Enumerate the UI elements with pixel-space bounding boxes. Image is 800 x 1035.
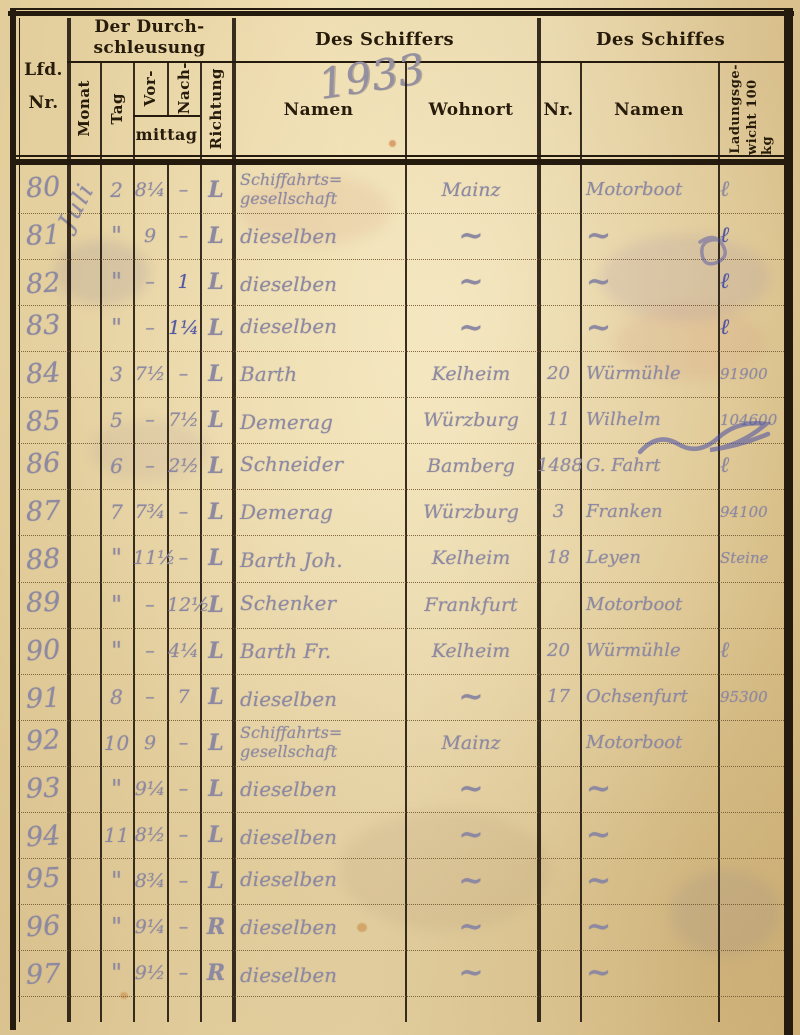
cell-vormittag: – — [133, 582, 167, 628]
cell-ladungsgewicht: 104600 — [718, 397, 784, 443]
cell-vormittag: 9½ — [133, 950, 167, 996]
cell-tag: 8 — [100, 674, 133, 720]
table-row: 95"8¾–Ldieselben~~ — [0, 858, 800, 904]
table-row: 8777¾–LDemeragWürzburg3Franken94100 — [0, 489, 800, 535]
cell-nachmittag: 2½ — [167, 443, 200, 489]
vor-label: Vor- — [141, 70, 159, 106]
cell-ladungsgewicht: ℓ — [718, 443, 784, 489]
table-row: 8028¼–LSchiffahrts=gesellschaftMainzMoto… — [0, 167, 800, 213]
cell-vormittag: 7¾ — [133, 489, 167, 535]
cell-schiffer-name: Demerag — [240, 489, 413, 535]
cell-schiffer-name: Schiffahrts=gesellschaft — [240, 718, 413, 761]
cell-ladungsgewicht: 95300 — [718, 674, 784, 720]
cell-nachmittag: – — [167, 904, 200, 950]
table-row: 94118½–Ldieselben~~ — [0, 812, 800, 858]
cell-lfd-nr: 86 — [18, 440, 74, 490]
cell-wohnort: Frankfurt — [405, 582, 537, 628]
cell-schiffer-name: Barth — [240, 351, 413, 397]
cell-schiff-nr: 17 — [537, 674, 580, 720]
column-header-nachmittag: Nach- — [167, 62, 200, 115]
cell-nachmittag: – — [167, 535, 200, 581]
cell-wohnort: Bamberg — [405, 443, 537, 489]
cell-tag: " — [100, 628, 133, 674]
column-header-schiffer-wohnort: Wohnort — [405, 100, 537, 121]
monat-label: Monat — [75, 80, 93, 137]
nach-label: Nach- — [175, 62, 193, 114]
cell-lfd-nr: 90 — [18, 626, 74, 676]
cell-schiffer-name: Barth Joh. — [240, 537, 413, 583]
cell-ladungsgewicht: ℓ — [718, 628, 784, 674]
cell-tag: " — [100, 950, 133, 996]
cell-schiff-name: ~ — [580, 259, 724, 305]
cell-lfd-nr: 95 — [19, 855, 74, 903]
cell-schiff-nr: 1488 — [537, 443, 580, 489]
column-header-lfd-nr: Lfd. Nr. — [20, 60, 67, 114]
cell-ladungsgewicht: ℓ — [718, 167, 784, 213]
richtung-label: Richtung — [207, 68, 225, 149]
cell-nachmittag: – — [167, 858, 200, 904]
cell-schiff-name: ~ — [580, 950, 724, 996]
cell-wohnort: Kelheim — [405, 628, 537, 674]
cell-schiff-name: ~ — [580, 766, 724, 812]
column-header-mittag: mittag — [133, 124, 200, 145]
cell-richtung: L — [200, 259, 232, 305]
cell-schiff-name: G. Fahrt — [580, 443, 724, 489]
cell-schiff-nr: 3 — [537, 489, 580, 535]
table-row: 97"9½–Rdieselben~~ — [0, 950, 800, 996]
cell-vormittag: 9¼ — [133, 904, 167, 950]
cell-lfd-nr: 89 — [19, 579, 74, 627]
column-header-ladungsgewicht: Ladungsge- wicht 100 kg — [718, 62, 784, 155]
cell-richtung: L — [200, 582, 232, 628]
cell-vormittag: 9¼ — [133, 766, 167, 812]
cell-schiff-nr: 20 — [537, 628, 580, 674]
cell-tag: 5 — [100, 397, 133, 443]
cell-tag: " — [100, 305, 133, 351]
cell-schiffer-name: dieselben — [240, 766, 413, 812]
cell-vormittag: – — [133, 397, 167, 443]
cell-schiff-nr: 20 — [537, 351, 580, 397]
cell-schiffer-name: dieselben — [240, 904, 413, 950]
cell-vormittag: – — [133, 674, 167, 720]
frame-top-thin — [10, 8, 792, 10]
cell-nachmittag: – — [167, 489, 200, 535]
cell-schiff-name: Ochsenfurt — [580, 674, 724, 720]
cell-ladungsgewicht: ℓ — [718, 305, 784, 351]
cell-schiff-name: Wilhelm — [580, 397, 724, 443]
table-row: 88"11½–LBarth Joh.Kelheim18LeyenSteine — [0, 535, 800, 581]
cell-tag: " — [100, 259, 133, 305]
cell-tag: " — [100, 766, 133, 812]
cell-richtung: L — [200, 766, 232, 812]
column-header-tag: Tag — [100, 62, 133, 155]
schiffer-name-line1: Schiffahrts= — [240, 170, 413, 189]
cell-schiff-nr: 11 — [537, 397, 580, 443]
cell-schiff-name: Motorboot — [580, 167, 724, 213]
cell-schiff-name: Leyen — [580, 535, 724, 581]
cell-nachmittag: – — [167, 766, 200, 812]
cell-schiffer-name: dieselben — [240, 303, 413, 349]
cell-tag: 10 — [100, 720, 133, 766]
table-row: 82"–1Ldieselben~~ℓ — [0, 259, 800, 305]
cell-nachmittag: 4¼ — [167, 628, 200, 674]
cell-schiff-name: Motorboot — [580, 582, 724, 628]
cell-nachmittag: 7½ — [167, 397, 200, 443]
cell-lfd-nr: 81 — [19, 212, 74, 260]
table-row: 92109–LSchiffahrts=gesellschaftMainzMoto… — [0, 720, 800, 766]
cell-schiff-name: ~ — [580, 858, 724, 904]
column-header-vormittag: Vor- — [133, 62, 167, 115]
table-row: 90"–4¼LBarth Fr.Kelheim20Würmühleℓ — [0, 628, 800, 674]
cell-nachmittag: – — [167, 167, 200, 213]
cell-tag: 11 — [100, 812, 133, 858]
cell-schiffer-name: Schenker — [240, 580, 413, 626]
cell-vormittag: 9 — [133, 213, 167, 259]
cell-nachmittag: 12½ — [167, 582, 200, 628]
table-row: 855–7½LDemeragWürzburg11Wilhelm104600 — [0, 397, 800, 443]
table-row: 866–2½LSchneiderBamberg1488G. Fahrtℓ — [0, 443, 800, 489]
cell-wohnort: Würzburg — [405, 397, 537, 443]
scanned-ledger-page: Lfd. Nr. Der Durch- schleusung Des Schif… — [0, 0, 800, 1035]
cell-schiff-name: Würmühle — [580, 351, 724, 397]
schiffer-name-line2: gesellschaft — [240, 189, 413, 208]
cell-ladungsgewicht: 91900 — [718, 351, 784, 397]
cell-nachmittag: 7 — [167, 674, 200, 720]
cell-tag: " — [100, 535, 133, 581]
cell-lfd-nr: 97 — [19, 951, 74, 999]
cell-wohnort: ~ — [405, 858, 537, 904]
cell-vormittag: – — [133, 628, 167, 674]
cell-richtung: L — [200, 167, 232, 213]
tag-label: Tag — [108, 93, 126, 124]
cell-richtung: L — [200, 628, 232, 674]
cell-vormittag: 8¾ — [133, 858, 167, 904]
cell-wohnort: ~ — [405, 812, 537, 858]
cell-schiffer-name: Schneider — [240, 441, 413, 487]
cell-schiffer-name: dieselben — [240, 261, 413, 307]
cell-nachmittag: – — [167, 812, 200, 858]
cell-lfd-nr: 87 — [19, 488, 74, 536]
lfd-label-line1: Lfd. — [20, 60, 67, 81]
cell-vormittag: 11½ — [133, 535, 167, 581]
cell-vormittag: 8¼ — [133, 167, 167, 213]
cell-richtung: L — [200, 489, 232, 535]
cell-schiff-name: ~ — [580, 213, 724, 259]
cell-wohnort: Kelheim — [405, 535, 537, 581]
cell-nachmittag: 1¼ — [167, 305, 200, 351]
header-rule-mittag — [133, 115, 200, 117]
frame-top-thick — [8, 11, 794, 16]
column-header-schiffer-namen: Namen — [232, 100, 405, 121]
cell-vormittag: – — [133, 305, 167, 351]
ladung-label-line2: wicht 100 kg — [745, 62, 775, 155]
cell-tag: 7 — [100, 489, 133, 535]
cell-richtung: L — [200, 397, 232, 443]
cell-schiffer-name: dieselben — [240, 213, 413, 259]
cell-schiff-name: ~ — [580, 904, 724, 950]
cell-schiffer-name: dieselben — [240, 856, 413, 902]
cell-vormittag: 7½ — [133, 351, 167, 397]
cell-schiffer-name: dieselben — [240, 952, 413, 998]
cell-schiff-name: Motorboot — [580, 720, 724, 766]
cell-richtung: L — [200, 535, 232, 581]
cell-nachmittag: – — [167, 720, 200, 766]
cell-nachmittag: – — [167, 950, 200, 996]
lfd-label-line2: Nr. — [20, 93, 67, 114]
cell-tag: 3 — [100, 351, 133, 397]
cell-schiffer-name: Barth Fr. — [240, 628, 413, 674]
cell-lfd-nr: 94 — [18, 812, 74, 862]
cell-lfd-nr: 92 — [18, 716, 74, 766]
column-divider — [167, 62, 169, 115]
cell-ladungsgewicht: 94100 — [718, 489, 784, 535]
group-header-des-schiffes: Des Schiffes — [537, 29, 784, 50]
durchschleusung-line1: Der Durch- — [67, 17, 232, 38]
column-header-monat: Monat — [67, 62, 100, 155]
cell-lfd-nr: 91 — [19, 675, 74, 723]
header-bottom-thick — [10, 159, 784, 165]
cell-richtung: L — [200, 443, 232, 489]
table-row: 8437½–LBarthKelheim20Würmühle91900 — [0, 351, 800, 397]
header-bottom-thin — [10, 155, 784, 157]
cell-ladungsgewicht: Steine — [718, 535, 784, 581]
table-row: 83"–1¼Ldieselben~~ℓ — [0, 305, 800, 351]
column-header-schiff-namen: Namen — [580, 100, 718, 121]
cell-lfd-nr: 83 — [19, 302, 74, 350]
cell-richtung: R — [200, 950, 232, 996]
table-row: 89"–12½LSchenkerFrankfurtMotorboot — [0, 582, 800, 628]
cell-schiff-name: Würmühle — [580, 628, 724, 674]
cell-wohnort: ~ — [405, 904, 537, 950]
cell-ladungsgewicht: ℓ — [718, 213, 784, 259]
cell-vormittag: 8½ — [133, 812, 167, 858]
cell-lfd-nr: 93 — [19, 765, 74, 813]
cell-tag: " — [100, 213, 133, 259]
cell-wohnort: ~ — [405, 305, 537, 351]
table-row: 93"9¼–Ldieselben~~ — [0, 766, 800, 812]
group-header-des-schiffers: Des Schiffers — [232, 29, 537, 50]
schiffer-name-line2: gesellschaft — [240, 742, 413, 761]
cell-richtung: L — [200, 213, 232, 259]
cell-ladungsgewicht: ℓ — [718, 259, 784, 305]
cell-lfd-nr: 88 — [18, 536, 74, 586]
cell-lfd-nr: 84 — [18, 349, 74, 399]
cell-richtung: R — [200, 904, 232, 950]
ink-speck — [389, 140, 396, 147]
column-header-schiff-nr: Nr. — [537, 100, 580, 121]
cell-lfd-nr: 80 — [18, 163, 74, 213]
cell-tag: 2 — [100, 167, 133, 213]
cell-vormittag: 9 — [133, 720, 167, 766]
cell-vormittag: – — [133, 443, 167, 489]
cell-tag: " — [100, 582, 133, 628]
cell-nachmittag: – — [167, 213, 200, 259]
cell-nachmittag: 1 — [167, 259, 200, 305]
cell-wohnort: ~ — [405, 213, 537, 259]
cell-richtung: L — [200, 351, 232, 397]
cell-schiff-name: ~ — [580, 305, 724, 351]
group-header-durchschleusung: Der Durch- schleusung — [67, 17, 232, 59]
cell-schiffer-name: Demerag — [240, 399, 413, 445]
cell-nachmittag: – — [167, 351, 200, 397]
cell-schiffer-name: Schiffahrts=gesellschaft — [240, 165, 413, 208]
durchschleusung-line2: schleusung — [67, 38, 232, 59]
cell-richtung: L — [200, 674, 232, 720]
cell-wohnort: Mainz — [405, 167, 537, 213]
cell-wohnort: Mainz — [405, 720, 537, 766]
cell-schiffer-name: dieselben — [240, 676, 413, 722]
table-row: 81"9–Ldieselben~~ℓ — [0, 213, 800, 259]
cell-richtung: L — [200, 305, 232, 351]
cell-richtung: L — [200, 858, 232, 904]
cell-wohnort: ~ — [405, 950, 537, 996]
cell-schiff-nr: 18 — [537, 535, 580, 581]
cell-wohnort: ~ — [405, 259, 537, 305]
cell-richtung: L — [200, 812, 232, 858]
cell-schiff-name: ~ — [580, 812, 724, 858]
cell-vormittag: – — [133, 259, 167, 305]
cell-tag: 6 — [100, 443, 133, 489]
schiffer-name-line1: Schiffahrts= — [240, 723, 413, 742]
table-row: 918–7Ldieselben~17Ochsenfurt95300 — [0, 674, 800, 720]
cell-schiffer-name: dieselben — [240, 814, 413, 860]
cell-wohnort: ~ — [405, 674, 537, 720]
cell-tag: " — [100, 858, 133, 904]
cell-schiff-name: Franken — [580, 489, 724, 535]
cell-wohnort: Kelheim — [405, 351, 537, 397]
cell-wohnort: ~ — [405, 766, 537, 812]
column-header-richtung: Richtung — [200, 62, 232, 155]
ladung-label-line1: Ladungsge- — [728, 64, 743, 154]
table-row: 96"9¼–Rdieselben~~ — [0, 904, 800, 950]
cell-tag: " — [100, 904, 133, 950]
cell-lfd-nr: 96 — [18, 902, 74, 952]
cell-richtung: L — [200, 720, 232, 766]
cell-wohnort: Würzburg — [405, 489, 537, 535]
